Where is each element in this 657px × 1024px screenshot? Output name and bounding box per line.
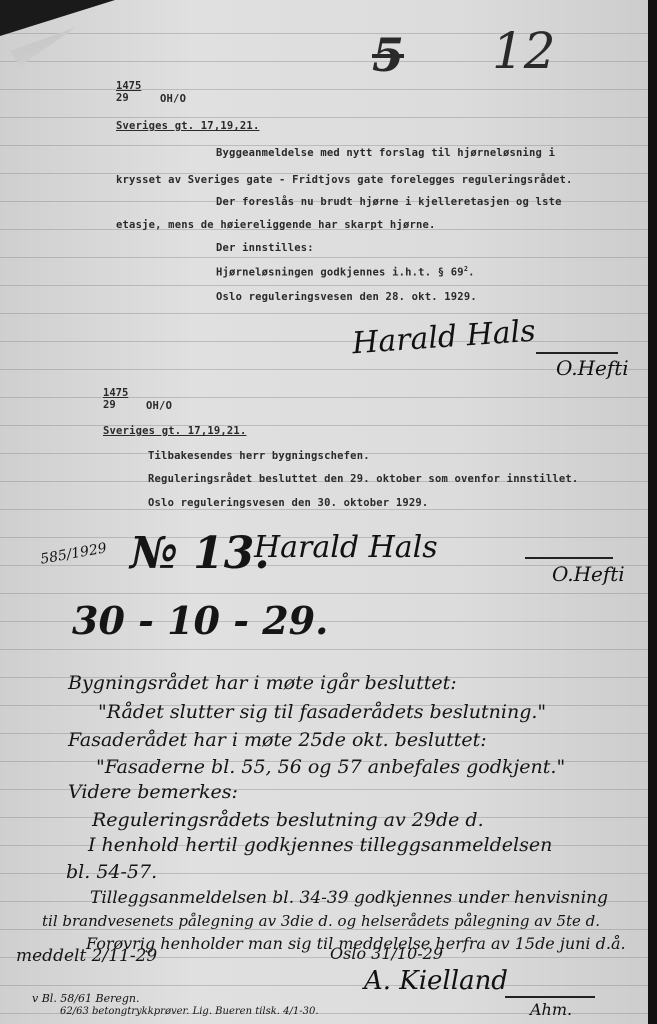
section1-ref-denominator: 29 [116, 92, 129, 104]
sent-note: meddelt 2/11-29 [16, 946, 157, 966]
scan-border [648, 0, 657, 1024]
footer-signature: A. Kielland [364, 966, 508, 996]
handwritten-note: I henhold hertil godkjennes tilleggsanme… [88, 834, 552, 856]
section1-paragraph-superscript: 2 [464, 265, 468, 273]
margin-note: v Bl. 58/61 Beregn. [32, 992, 140, 1005]
handwritten-note: "Fasaderne bl. 55, 56 og 57 anbefales go… [96, 756, 565, 778]
section1-paragraph: etasje, mens de høiereliggende har skarp… [116, 219, 436, 231]
section1-ref-code: OH/O [160, 93, 186, 105]
document-page: 5 12 1475 29 OH/O Sveriges gt. 17,19,21.… [0, 0, 648, 1024]
section1-ref-numerator: 1475 [116, 80, 141, 92]
section1-signature-left: Harald Hals [351, 314, 537, 362]
handwritten-note: "Rådet slutter sig til fasaderådets besl… [98, 701, 546, 723]
section1-address: Sveriges gt. 17,19,21. [116, 120, 259, 132]
handwritten-note: Bygningsrådet har i møte igår besluttet: [68, 672, 457, 694]
signature-line [505, 996, 595, 998]
section2-signature-right: O.Hefti [552, 562, 625, 586]
signature-line [536, 352, 618, 354]
section1-paragraph: Byggeanmeldelse med nytt forslag til hjø… [216, 147, 555, 159]
handwritten-note: Reguleringsrådets beslutning av 29de d. [92, 809, 484, 831]
handwritten-note: Videre bemerkes: [68, 781, 238, 803]
page-number: 12 [492, 22, 556, 80]
section2-paragraph: Oslo reguleringsvesen den 30. oktober 19… [148, 497, 428, 509]
section1-paragraph: krysset av Sveriges gate - Fridtjovs gat… [116, 174, 573, 186]
section2-ref-code: OH/O [146, 400, 172, 412]
handwritten-note: Tilleggsanmeldelsen bl. 34-39 godkjennes… [90, 888, 608, 908]
place-date: Oslo 31/10-29 [330, 944, 443, 963]
section1-reference: 1475 29 [116, 80, 141, 104]
section2-paragraph: Reguleringsrådet besluttet den 29. oktob… [148, 473, 578, 485]
section1-paragraph: Hjørneløsningen godkjennes i.h.t. § 692. [216, 265, 475, 279]
handwritten-note: Fasaderådet har i møte 25de okt. beslutt… [68, 729, 487, 751]
signature-line [525, 557, 613, 559]
section2-reference: 1475 29 [103, 387, 128, 411]
stamp-date: 30 - 10 - 29. [72, 598, 328, 643]
section1-paragraph: Der innstilles: [216, 242, 314, 254]
stamp-signature: Harald Hals [254, 530, 438, 565]
section1-paragraph-text: Hjørneløsningen godkjennes i.h.t. § 69 [216, 267, 464, 279]
section2-ref-denominator: 29 [103, 399, 116, 411]
margin-note: 62/63 betongtrykkprøver. Lig. Bueren til… [60, 1006, 319, 1017]
section1-signature-right: O.Hefti [556, 356, 629, 380]
case-fraction: 585/1929 [39, 540, 108, 567]
section1-paragraph: Der foreslås nu brudt hjørne i kjelleret… [216, 196, 562, 208]
section1-paragraph: Oslo reguleringsvesen den 28. okt. 1929. [216, 291, 477, 303]
crossed-page-number: 5 [372, 28, 404, 82]
handwritten-note: til brandvesenets pålegning av 3die d. o… [42, 912, 600, 930]
section2-paragraph: Tilbakesendes herr bygningschefen. [148, 450, 370, 462]
handwritten-note: bl. 54-57. [66, 861, 157, 883]
footer-initials: Ahm. [530, 1000, 572, 1019]
section2-address: Sveriges gt. 17,19,21. [103, 425, 246, 437]
registration-number: № 13. [130, 528, 270, 579]
section2-ref-numerator: 1475 [103, 387, 128, 399]
